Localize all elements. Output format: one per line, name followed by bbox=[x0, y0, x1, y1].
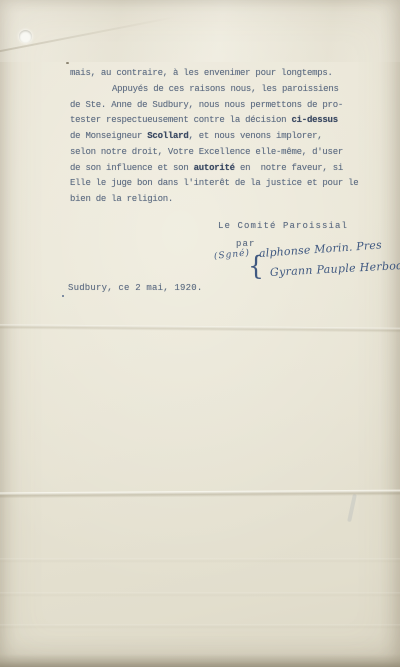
letter-line-text: Elle le juge bon dans l'interêt de la ju… bbox=[70, 178, 358, 188]
letter-line: mais, au contraire, à les envenimer pour… bbox=[70, 66, 386, 82]
letter-line: de Monseigneur Scollard, et nous venons … bbox=[70, 129, 386, 145]
fold-line-lower bbox=[0, 490, 400, 499]
dateline: Sudbury, ce 2 mai, 1920. bbox=[68, 283, 202, 293]
ink-speck bbox=[62, 295, 64, 297]
letter-body: mais, au contraire, à les envenimer pour… bbox=[70, 66, 386, 208]
letter-line: Elle le juge bon dans l'interêt de la ju… bbox=[70, 176, 386, 192]
letter-line-text: tester respectueusement contre la décisi… bbox=[70, 115, 292, 125]
signed-marker: (Sgné) bbox=[214, 248, 251, 262]
letter-line-text: , et nous venons implorer, bbox=[188, 131, 322, 141]
letter-line: de son influence et son autorité en notr… bbox=[70, 161, 386, 177]
letter-line-text: mais, au contraire, à les envenimer pour… bbox=[70, 68, 333, 78]
letter-page: mais, au contraire, à les envenimer pour… bbox=[0, 0, 400, 667]
letter-line-text: Appuyés de ces raisons nous, les paroiss… bbox=[112, 84, 339, 94]
hole-punch bbox=[19, 30, 32, 43]
paper-bottom-edge bbox=[0, 654, 400, 667]
faint-crease bbox=[0, 624, 400, 629]
letter-line-emphasis: autorité bbox=[194, 163, 235, 173]
letter-line: Appuyés de ces raisons nous, les paroiss… bbox=[70, 82, 386, 98]
letter-line-text: selon notre droit, Votre Excellence elle… bbox=[70, 147, 343, 157]
letter-line-text: de Ste. Anne de Sudbury, nous nous perme… bbox=[70, 100, 343, 110]
letter-line-text: de Monseigneur bbox=[70, 131, 147, 141]
faint-crease bbox=[0, 592, 400, 597]
paper-speck bbox=[66, 62, 69, 64]
letter-line-emphasis: ci-dessus bbox=[292, 115, 338, 125]
letter-line-emphasis: Scollard bbox=[147, 131, 188, 141]
signature-name-2: Gyrann Pauple Herbod bbox=[270, 259, 400, 279]
letter-line: tester respectueusement contre la décisi… bbox=[70, 113, 386, 129]
ink-smudge bbox=[347, 494, 357, 522]
letter-line-text: de son influence et son bbox=[70, 163, 194, 173]
letter-line: selon notre droit, Votre Excellence elle… bbox=[70, 145, 386, 161]
letter-line: de Ste. Anne de Sudbury, nous nous perme… bbox=[70, 98, 386, 114]
letter-line-text: en notre faveur, si bbox=[235, 163, 343, 173]
fold-line-middle bbox=[0, 324, 400, 333]
letter-line: bien de la religion. bbox=[70, 192, 386, 208]
closing-committee: Le Comité Paroissial bbox=[218, 221, 348, 231]
signature-name-1: alphonse Morin. Pres bbox=[259, 238, 383, 260]
faint-crease bbox=[0, 558, 400, 563]
letter-line-text: bien de la religion. bbox=[70, 194, 173, 204]
paper-wrinkle bbox=[0, 0, 400, 62]
